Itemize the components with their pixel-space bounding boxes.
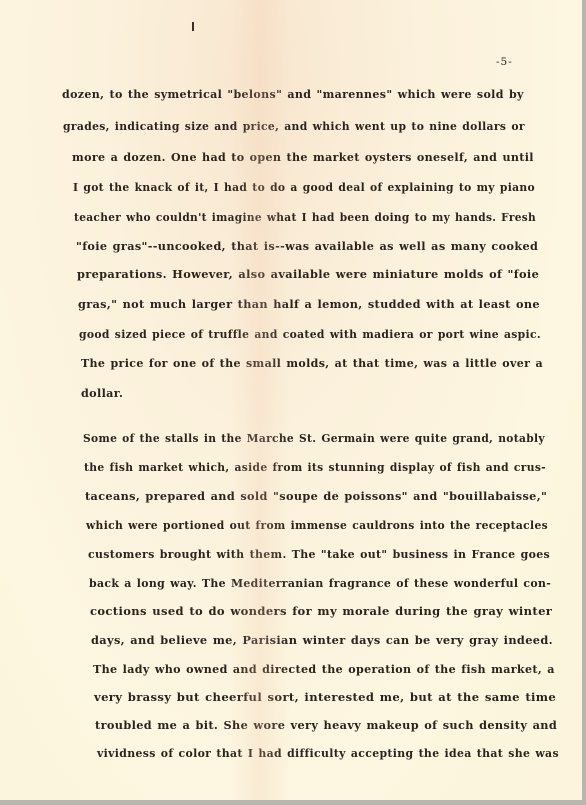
text-line: which were portioned out from immense ca… bbox=[86, 518, 548, 532]
text-line: The lady who owned and directed the oper… bbox=[93, 662, 555, 676]
text-line: more a dozen. One had to open the market… bbox=[72, 150, 534, 164]
text-line: gras," not much larger than half a lemon… bbox=[78, 297, 540, 311]
text-line: vividness of color that I had difficulty… bbox=[97, 746, 559, 760]
text-line: taceans, prepared and sold "soupe de poi… bbox=[85, 489, 547, 503]
text-line: preparations. However, also available we… bbox=[77, 267, 539, 281]
text-line: The price for one of the small molds, at… bbox=[81, 356, 543, 370]
stray-mark bbox=[192, 22, 194, 31]
text-line: Some of the stalls in the Marche St. Ger… bbox=[83, 431, 545, 445]
text-line: days, and believe me, Parisian winter da… bbox=[91, 633, 553, 647]
text-line: teacher who couldn't imagine what I had … bbox=[74, 210, 536, 224]
text-line: dollar. bbox=[81, 386, 123, 400]
text-line: good sized piece of truffle and coated w… bbox=[79, 327, 541, 341]
text-line: the fish market which, aside from its st… bbox=[84, 460, 546, 474]
text-line: grades, indicating size and price, and w… bbox=[63, 119, 525, 133]
text-line: "foie gras"--uncooked, that is--was avai… bbox=[76, 239, 538, 253]
text-line: I got the knack of it, I had to do a goo… bbox=[73, 180, 535, 194]
text-line: troubled me a bit. She wore very heavy m… bbox=[95, 718, 557, 732]
text-line: very brassy but cheerful sort, intereste… bbox=[94, 690, 556, 704]
text-line: back a long way. The Mediterranian fragr… bbox=[89, 576, 551, 590]
text-line: coctions used to do wonders for my moral… bbox=[90, 604, 552, 618]
document-page: -5- dozen, to the symetrical "belons" an… bbox=[0, 0, 582, 800]
page-number: -5- bbox=[496, 56, 513, 68]
text-line: dozen, to the symetrical "belons" and "m… bbox=[62, 87, 524, 101]
text-line: customers brought with them. The "take o… bbox=[88, 547, 550, 561]
